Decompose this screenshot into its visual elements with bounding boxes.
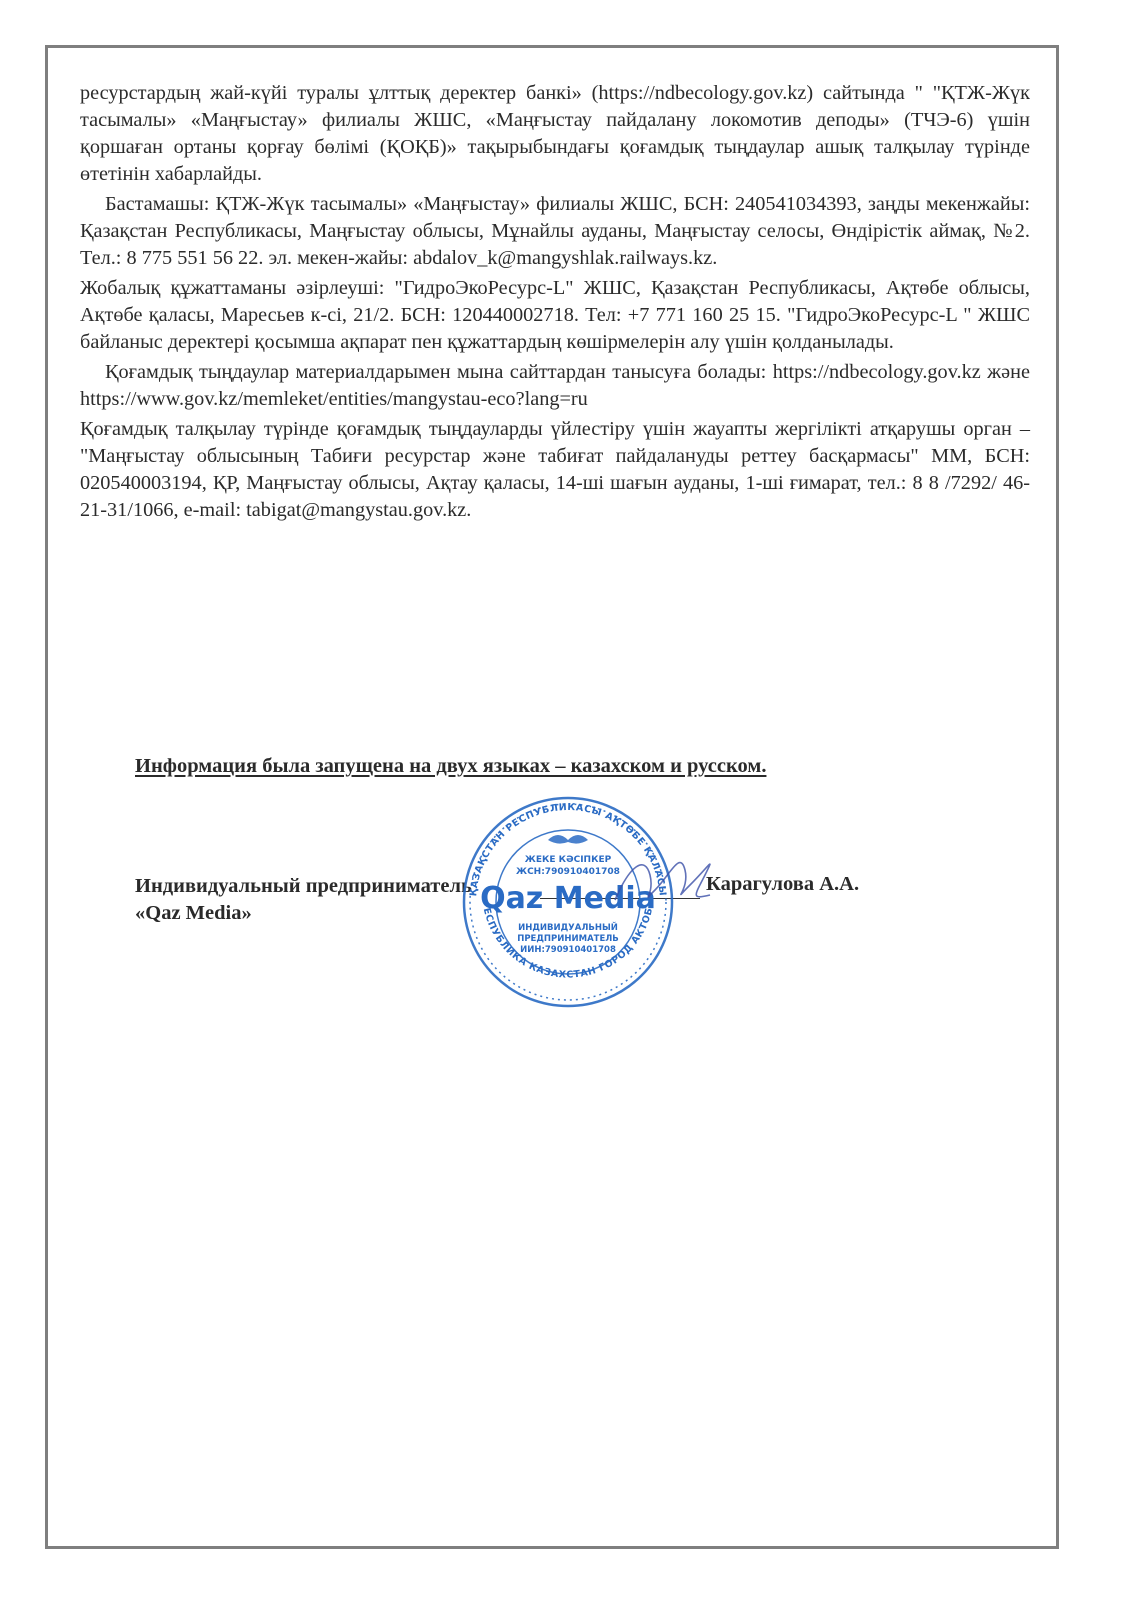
handwritten-signature-icon xyxy=(610,845,720,915)
svg-text:ЖЕКЕ КӘСІПКЕР: ЖЕКЕ КӘСІПКЕР xyxy=(525,855,612,865)
svg-text:ПРЕДПРИНИМАТЕЛЬ: ПРЕДПРИНИМАТЕЛЬ xyxy=(517,934,619,944)
signer-title-line1: Индивидуальный предприниматель xyxy=(135,873,472,900)
paragraph-authority: Қоғамдық талқылау түрінде қоғамдық тыңда… xyxy=(80,416,1030,524)
paragraph-materials: Қоғамдық тыңдаулар материалдарымен мына … xyxy=(80,359,1030,413)
svg-text:ЖСН:790910401708: ЖСН:790910401708 xyxy=(516,867,620,877)
paragraph-announcement: ресурстардың жай-күйі туралы ұлттық дере… xyxy=(80,80,1030,188)
paragraph-initiator: Бастамашы: ҚТЖ-Жүк тасымалы» «Маңғыстау»… xyxy=(80,191,1030,272)
signer-title: Индивидуальный предприниматель «Qaz Medi… xyxy=(135,873,472,927)
language-notice: Информация была запущена на двух языках … xyxy=(135,755,766,778)
paragraph-developer: Жобалық құжаттаманы әзірлеуші: "ГидроЭко… xyxy=(80,275,1030,356)
signer-title-line2: «Qaz Media» xyxy=(135,900,472,927)
svg-text:ИНДИВИДУАЛЬНЫЙ: ИНДИВИДУАЛЬНЫЙ xyxy=(518,921,618,933)
svg-text:ИИН:790910401708: ИИН:790910401708 xyxy=(520,945,616,955)
signer-name: Карагулова А.А. xyxy=(706,873,859,896)
document-body: ресурстардың жай-күйі туралы ұлттық дере… xyxy=(80,80,1030,527)
